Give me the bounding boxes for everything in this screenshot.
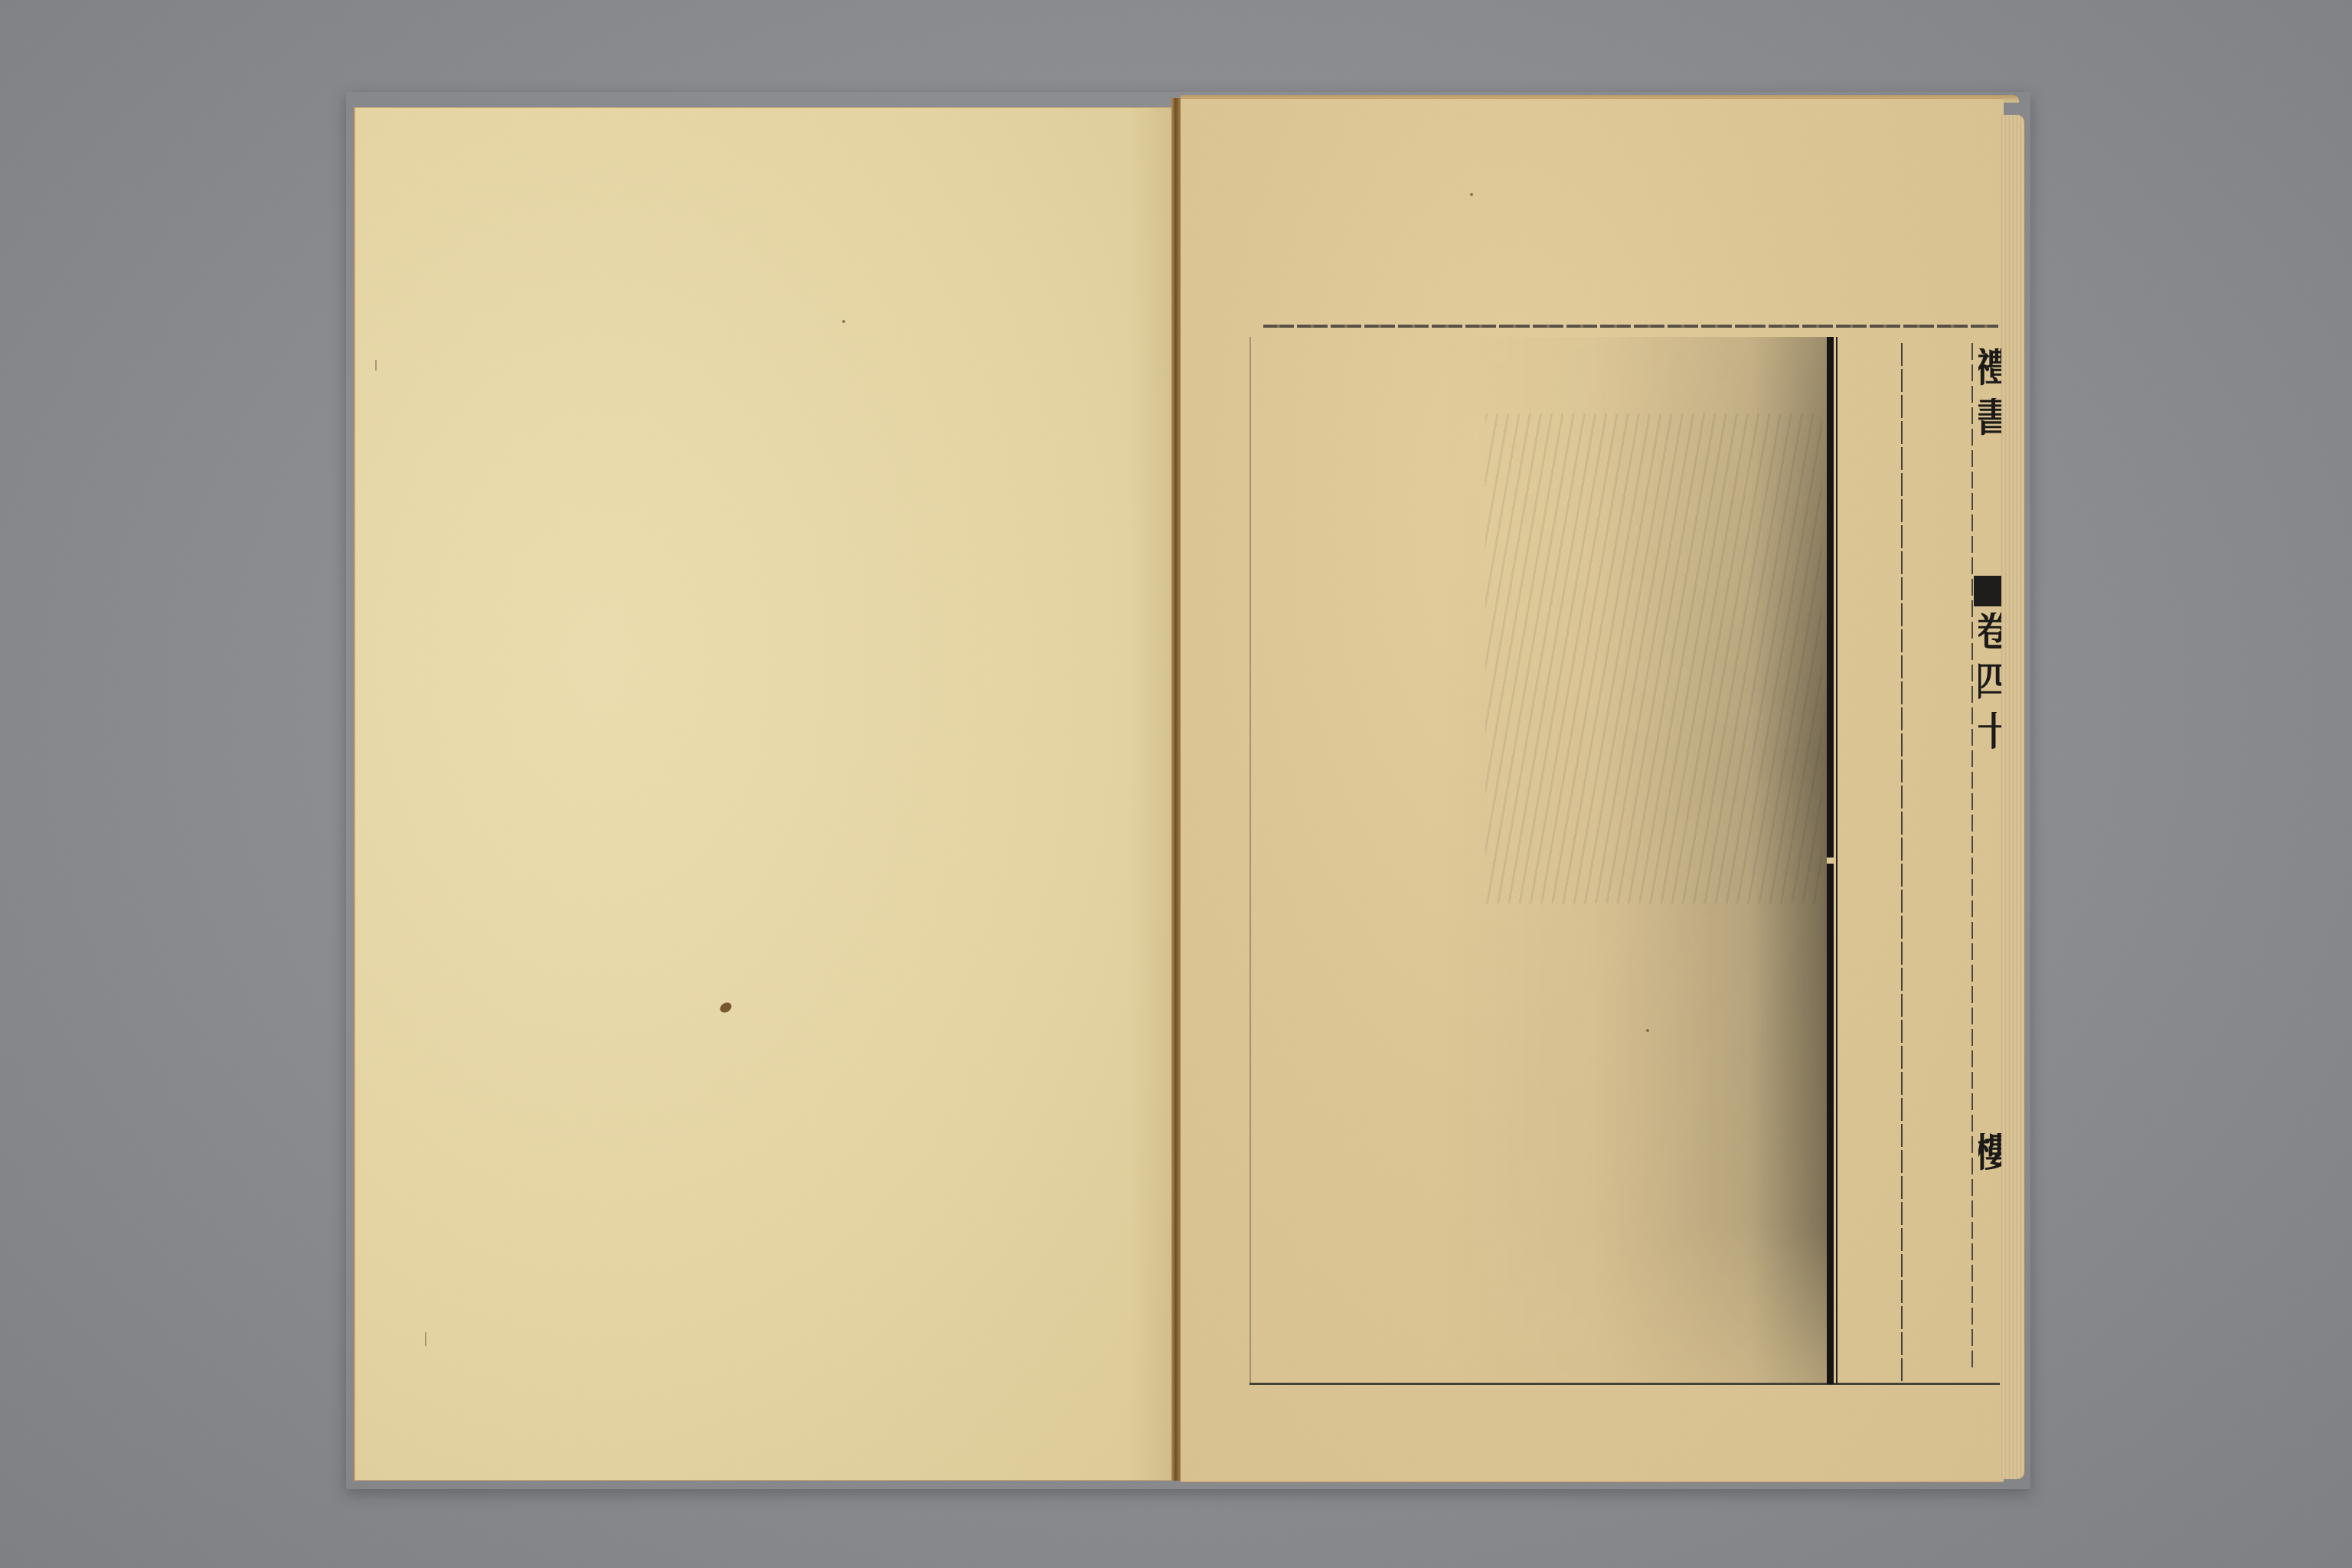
paper-mark <box>425 1332 426 1346</box>
edge-character: 禮 <box>1978 348 2001 391</box>
black-box-mark <box>1974 576 2001 606</box>
left-page <box>354 107 1174 1481</box>
paper-speck <box>1646 1029 1649 1032</box>
edge-character: 四 <box>1978 662 2001 705</box>
edge-character: 樓 <box>1978 1133 2001 1176</box>
column-rule-2 <box>1971 343 1973 1369</box>
edge-character: 十 <box>1978 712 2001 755</box>
ink-rubbing-streaks <box>1485 413 1822 903</box>
paper-speck <box>842 320 845 323</box>
page-stack-right-edge <box>2000 115 2025 1479</box>
frame-border-gap <box>1827 857 1834 864</box>
edge-character: 書 <box>1978 398 2001 441</box>
frame-left-border <box>1249 337 1251 1384</box>
frame-top-border <box>1263 325 1998 328</box>
frame-bottom-border <box>1249 1383 2000 1385</box>
left-page-gutter-shade <box>1129 108 1174 1480</box>
book-spine-gutter <box>1171 98 1181 1481</box>
frame-inner-rule <box>1836 337 1837 1384</box>
column-rule-1 <box>1901 343 1903 1384</box>
paper-speck <box>1470 193 1473 196</box>
paper-mark <box>375 360 377 371</box>
edge-character: 卷 <box>1978 612 2001 655</box>
